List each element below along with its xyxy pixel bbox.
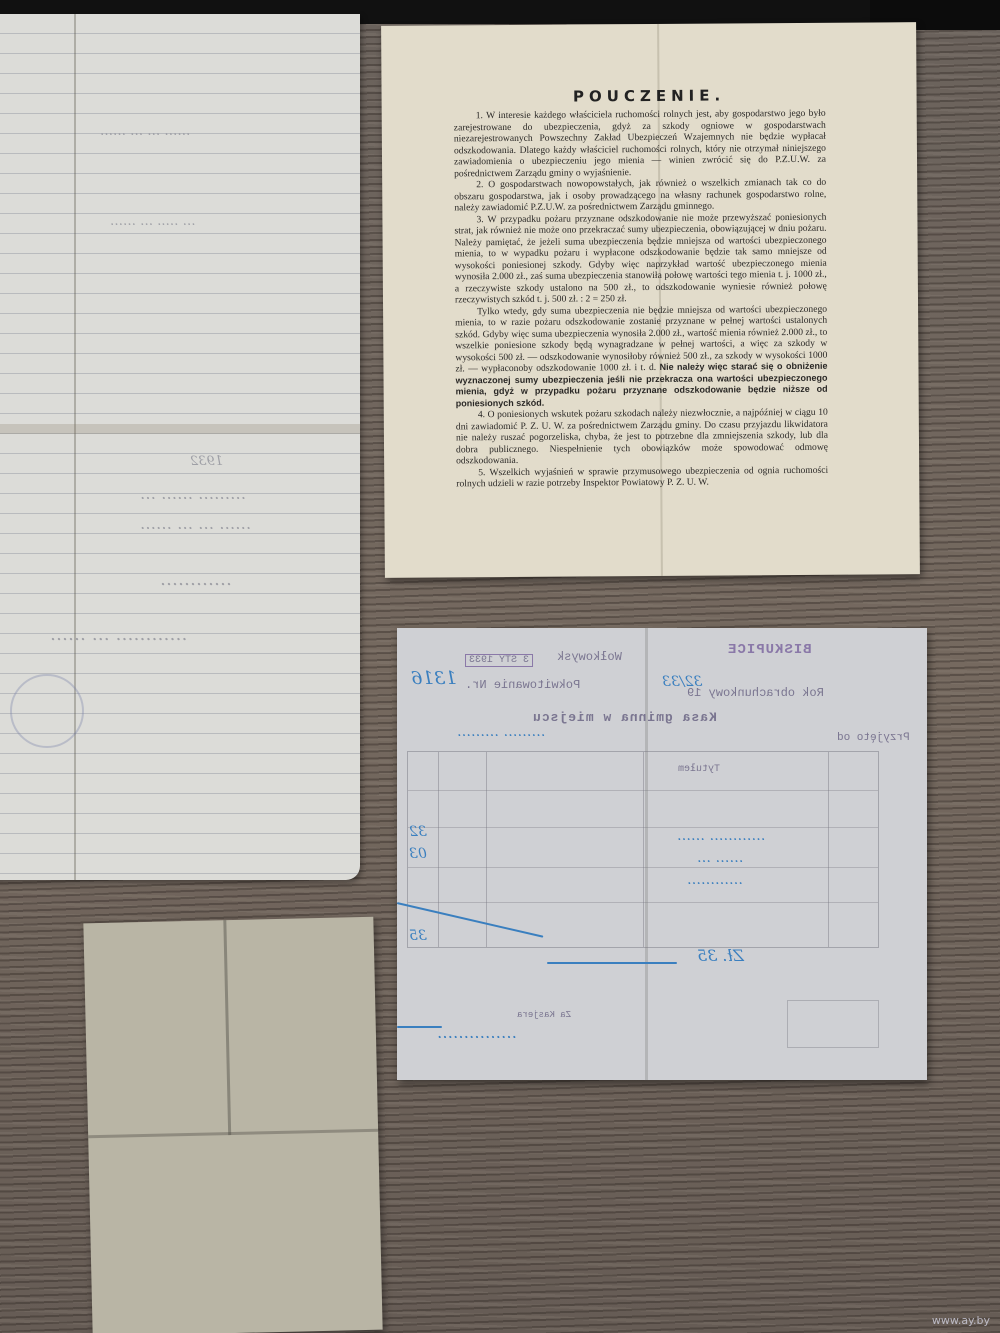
date-stamp: 3 STY 1933 [465,654,533,667]
pouczenie-notice: POUCZENIE. 1. W interesie każdego właści… [381,22,920,578]
amount-3: 35 [409,928,427,944]
notice-paragraph-1: 1. W interesie każdego właściciela rucho… [454,108,826,180]
year-handwritten: 32/33 [662,674,702,690]
receipt-title: Pokwitowanie Nr. [465,678,580,692]
cashier-label: Kasa gminna w miejscu [532,710,717,725]
receipt-table: Tytułem [407,751,879,948]
faded-handwriting: ……… …… … [140,484,246,503]
total-handwritten: Zł. 35 [697,946,744,965]
notice-body: 1. W interesie każdego właściciela rucho… [454,108,829,490]
amount-2: 03 [409,846,427,862]
notice-paragraph-3: 3. W przypadku pożaru przyznane odszkodo… [454,211,827,306]
ink-stroke [397,1026,442,1028]
year-label: Rok obrachunkowy 19 [687,686,824,700]
column-header: Tytułem [678,764,720,775]
notice-title: POUCZENIE. [382,85,917,107]
handwritten-entry: ………… …… [677,828,765,844]
watermark: www.ay.by [932,1314,990,1327]
notice-paragraph-3b: Tylko wtedy, gdy suma ubezpieczenia nie … [455,303,828,409]
round-stamp [10,674,84,748]
town-label: Wołkowysk [557,650,622,664]
amount-1: 32 [409,824,427,840]
handwritten-name: ……… ……… [457,724,545,740]
handwritten-year: 1932 [190,454,223,469]
fold-line [88,1129,378,1139]
notice-paragraph-2: 2. O gospodarstwach nowopowstałych, jak … [454,177,826,214]
blank-card [83,917,382,1333]
notice-paragraph-4: 4. O poniesionych wskutek pożaru szkodac… [456,407,828,467]
place-stamp: BISKUPICE [727,642,812,658]
handwritten-letter: …… … … …… … ….. … …… 1932 ……… …… … …… … … [0,14,360,880]
stamp-box [787,1000,879,1048]
signature-label: Za Kasjera [517,1010,571,1020]
faded-handwriting: …… … … …… [140,514,251,533]
fold-line [74,14,76,880]
fold-line [223,920,231,1135]
faded-handwriting: …… … … …… [100,124,190,139]
receipt-number: 1316 [411,668,457,689]
fold-line [0,424,360,434]
faded-signature: ………… [160,569,232,590]
faded-handwriting: ………… … …… [50,624,187,645]
received-from-label: Przyjęto od [837,732,910,744]
handwritten-entry: ………… [687,872,743,888]
ink-stroke [547,962,677,964]
handwritten-entry: …… … [697,850,743,866]
signature: …………… [437,1023,517,1042]
receipt-document: BISKUPICE Wołkowysk 3 STY 1933 Pokwitowa… [397,628,927,1080]
faded-handwriting: … ….. … …… [110,214,196,229]
notice-paragraph-5: 5. Wszelkich wyjaśnień w sprawie przymus… [456,464,828,490]
